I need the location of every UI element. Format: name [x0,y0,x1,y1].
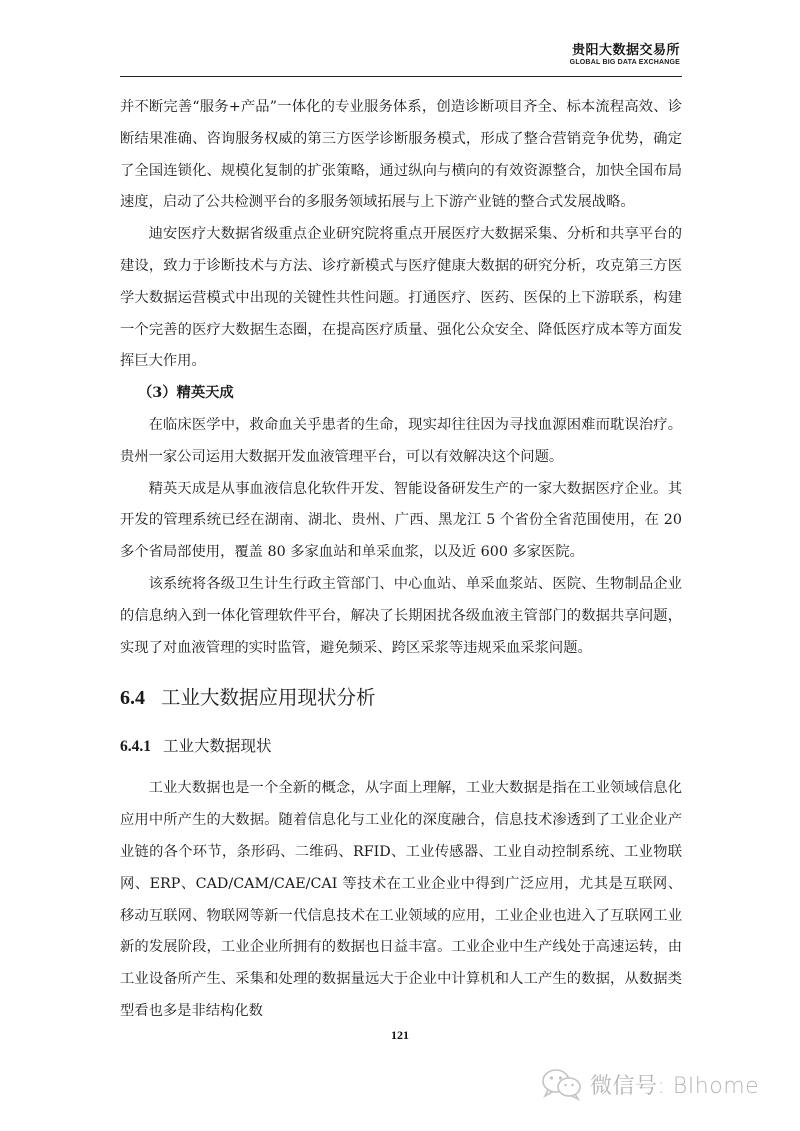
paragraph: 在临床医学中，救命血关乎患者的生命，现实却往往因为寻找血源困难而耽误治疗。贵州一… [120,410,682,474]
brand-name-en: GLOBAL BIG DATA EXCHANGE [570,58,680,67]
paragraph: 迪安医疗大数据省级重点企业研究院将重点开展医疗大数据采集、分析和共享平台的建设，… [120,219,682,378]
page-header: 贵阳大数据交易所 GLOBAL BIG DATA EXCHANGE [120,44,682,76]
paragraph: 该系统将各级卫生计生行政主管部门、中心血站、单采血浆站、医院、生物制品企业的信息… [120,569,682,664]
brand-logo: 贵阳大数据交易所 GLOBAL BIG DATA EXCHANGE [570,44,680,67]
brand-name-cn: 贵阳大数据交易所 [570,44,680,58]
page-number: 121 [0,1028,800,1043]
section-number: 6.4 [120,687,145,709]
watermark-text: 微信号: BIhome [590,1069,759,1100]
item-heading: （3）精英天成 [120,378,682,410]
section-title: 工业大数据应用现状分析 [161,686,376,709]
subsection-heading: 6.4.1工业大数据现状 [120,730,682,763]
page-body: 并不断完善“服务+产品”一体化的专业服务体系，创造诊断项目齐全、标本流程高效、诊… [120,92,682,1028]
paragraph: 工业大数据也是一个全新的概念，从字面上理解，工业大数据是指在工业领域信息化应用中… [120,773,682,1027]
wechat-icon [540,1066,584,1102]
section-heading: 6.4工业大数据应用现状分析 [120,678,682,718]
subsection-number: 6.4.1 [120,738,151,755]
subsection-title: 工业大数据现状 [163,737,272,755]
watermark: 微信号: BIhome [540,1064,759,1104]
header-rule [120,76,682,77]
paragraph: 并不断完善“服务+产品”一体化的专业服务体系，创造诊断项目齐全、标本流程高效、诊… [120,92,682,219]
paragraph: 精英天成是从事血液信息化软件开发、智能设备研发生产的一家大数据医疗企业。其开发的… [120,474,682,569]
